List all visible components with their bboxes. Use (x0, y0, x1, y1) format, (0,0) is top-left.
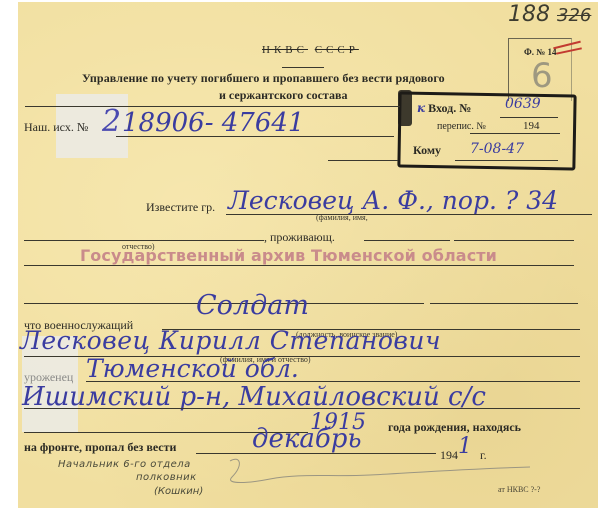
stamp-line-1 (500, 117, 558, 118)
stamp-year: 194 (523, 120, 540, 132)
caption-name: (фамилия, имя, (316, 213, 368, 222)
archive-ref-struck: 326 (557, 5, 591, 26)
archive-watermark: Государственный архив Тюменской области (80, 246, 497, 265)
notify-name-hand: Лесковец А. Ф., пор. ? 34 (228, 186, 558, 215)
department-line-1: Управление по учету погибшего и пропавше… (82, 71, 445, 86)
residing-label: , проживающ. (264, 230, 335, 245)
notify-rule (226, 214, 592, 215)
patronymic-rule (24, 240, 264, 241)
signature-scribble (210, 455, 540, 500)
residing-rule-1 (364, 240, 450, 241)
outgoing-prefix-hand: 2 (102, 104, 121, 139)
birthplace-line-1-hand: Тюменской обл. (86, 354, 299, 383)
outgoing-rule (116, 136, 394, 137)
archive-reference: 188 326 (508, 2, 591, 27)
department-line-2: и сержантского состава (219, 88, 347, 103)
stamp-date: 7-08-47 (470, 141, 524, 157)
outgoing-label: Наш. исх. № (24, 120, 88, 135)
birthplace-rule-2 (24, 408, 580, 409)
residing-rule-2 (454, 240, 574, 241)
stamp-perep-label: перепис. № (437, 121, 486, 132)
signature-title-line-2: полковник (136, 472, 197, 483)
outgoing-number-hand: 18906- 47641 (122, 108, 304, 138)
stamp-line-3 (455, 160, 558, 161)
notify-label: Известите гр. (146, 200, 215, 215)
rule-top (25, 106, 400, 107)
address-rule-3 (430, 303, 578, 304)
missing-month-hand: декабрь (252, 424, 362, 454)
stamp-ink-blot (398, 90, 412, 126)
outgoing-rule-right (328, 160, 398, 161)
header-title: НКВС СССР (262, 44, 359, 56)
stamp-line-2 (470, 133, 560, 134)
footer-print: ат НКВС ?-? (498, 485, 540, 494)
stamp-incoming-label: к Вход. № (417, 101, 471, 116)
signature-title-line-1: Начальник 6-го отдела (58, 459, 191, 470)
signature-name: (Кошкин) (154, 486, 203, 497)
missing-label: на фронте, пропал без вести (24, 440, 176, 455)
birth-year-label: года рождения, находясь (388, 420, 521, 435)
stamp-to-whom-label: Кому (413, 143, 441, 158)
header-underline (282, 67, 324, 68)
archive-ref-top: 188 (508, 2, 550, 27)
address-rule-1 (24, 265, 574, 266)
serviceman-name-hand: Лесковец Кирилл Степанович (20, 326, 441, 355)
stamp-incoming-number: 0639 (505, 96, 541, 112)
fond-number: 6 (531, 56, 553, 96)
rank-hand: Солдат (196, 290, 309, 321)
